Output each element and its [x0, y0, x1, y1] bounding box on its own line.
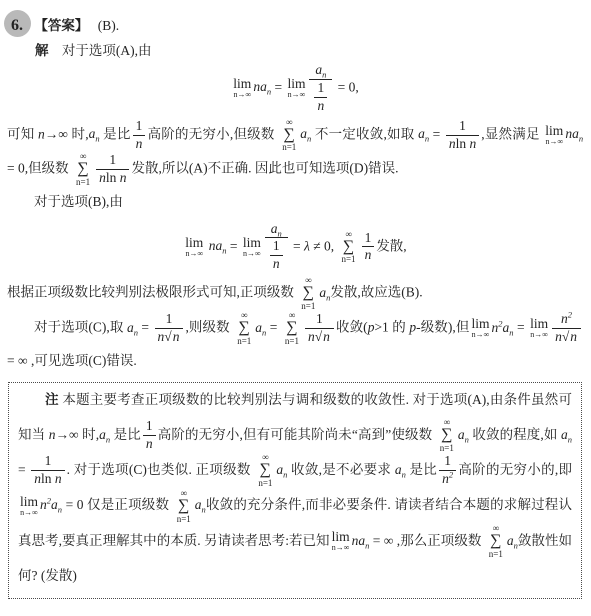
fraction: 1n — [133, 118, 146, 153]
math-superscripted-variable: n2 — [40, 497, 51, 512]
summation: ∞∑n=1 — [76, 152, 90, 187]
note-box: 注 本题主要考查正项级数的比较判别法与调和级数的收敛性. 对于选项(A),由条件… — [8, 382, 582, 599]
fraction: an1n — [265, 221, 288, 274]
math-variable: p — [368, 320, 375, 335]
math-subscripted-variable: an — [195, 497, 206, 512]
math-subscripted-variable: nan — [209, 238, 227, 253]
fraction: 1n — [270, 238, 283, 273]
summation: ∞∑n=1 — [440, 418, 454, 453]
fraction: 1n2 — [439, 453, 456, 488]
fraction: 1n — [362, 230, 375, 265]
summation: ∞∑n=1 — [237, 311, 251, 346]
answer-text: (B). — [98, 18, 119, 33]
math-variable: n — [146, 436, 153, 451]
math-subscripted-variable: an — [319, 285, 330, 300]
math-subscripted-variable: an — [503, 320, 514, 335]
limit-operator: limn→∞ — [545, 124, 563, 147]
limit-operator: limn→∞ — [20, 495, 38, 518]
math-subscripted-variable: an — [395, 462, 406, 477]
math-subscripted-variable: an — [99, 427, 110, 442]
math-variable: p — [409, 320, 416, 335]
math-variable: n — [120, 170, 127, 185]
math-subscripted-variable: an — [127, 320, 138, 335]
math-variable: n — [449, 136, 456, 151]
math-variable: n — [49, 427, 56, 442]
math-superscripted-variable: n2 — [561, 311, 572, 326]
fraction: 1nln n — [96, 152, 129, 187]
display-formula-2: limn→∞ nan = limn→∞an1n = λ ≠ 0, ∞∑n=11n… — [7, 221, 583, 274]
math-subscripted-variable: an — [51, 497, 62, 512]
math-variable: n — [38, 126, 45, 141]
note-label: 注 — [45, 392, 59, 407]
fraction: n2n√n — [552, 311, 581, 346]
fraction: 1n√n — [305, 311, 334, 346]
fraction: 1nln n — [446, 118, 479, 153]
solve-label: 解 — [35, 43, 49, 58]
summation: ∞∑n=1 — [489, 524, 503, 559]
limit-operator: limn→∞ — [287, 77, 305, 100]
math-variable: n — [273, 256, 280, 271]
limit-operator: limn→∞ — [332, 530, 350, 553]
math-subscripted-variable: an — [89, 126, 100, 141]
math-variable: n — [555, 329, 562, 344]
square-root: √n — [164, 328, 180, 344]
summation: ∞∑n=1 — [301, 276, 315, 311]
math-subscripted-variable: an — [315, 62, 326, 77]
fraction: 1n√n — [155, 311, 184, 346]
summation: ∞∑n=1 — [177, 489, 191, 524]
solution-intro-line: 解 对于选项(A),由 — [35, 39, 583, 59]
paragraph-option-a: 可知 n→∞ 时,an 是比1n高阶的无穷小,但级数 ∞∑n=1an 不一定收敛… — [7, 118, 583, 188]
summation: ∞∑n=1 — [282, 118, 296, 153]
math-subscripted-variable: nan — [253, 79, 271, 94]
note-paragraph: 注 本题主要考查正项级数的比较判别法与调和级数的收敛性. 对于选项(A),由条件… — [18, 383, 572, 593]
answer-header: 6. 【答案】 (B). — [11, 14, 583, 35]
square-root: √n — [562, 328, 578, 344]
limit-operator: limn→∞ — [233, 77, 251, 100]
math-variable: n — [470, 136, 477, 151]
limit-operator: limn→∞ — [243, 236, 261, 259]
limit-operator: limn→∞ — [471, 317, 489, 340]
answer-label: 【答案】 — [34, 18, 88, 33]
math-variable: n — [308, 329, 315, 344]
fraction: an1n — [309, 62, 332, 115]
paragraph-option-c: 对于选项(C),取 an = 1n√n,则级数 ∞∑n=1an = ∞∑n=11… — [7, 311, 583, 376]
problem-number-chip: 6. — [11, 17, 23, 35]
summation: ∞∑n=1 — [341, 230, 355, 265]
fraction: 1nln n — [31, 453, 64, 488]
math-subscripted-variable: nan — [352, 533, 370, 548]
math-subscripted-variable: an — [507, 533, 518, 548]
math-subscripted-variable: an — [418, 126, 429, 141]
paragraph-conclusion-b: 根据正项级数比较判别法极限形式可知,正项级数 ∞∑n=1an发散,故应选(B). — [7, 276, 583, 311]
display-formula-1: limn→∞nan = limn→∞an1n = 0, — [7, 62, 583, 115]
square-root: √n — [315, 328, 331, 344]
math-subscripted-variable: an — [561, 427, 572, 442]
math-subscripted-variable: an — [255, 320, 266, 335]
math-variable: n — [317, 98, 324, 113]
math-subscripted-variable: nan — [565, 126, 583, 141]
math-variable: λ — [304, 238, 310, 253]
math-subscripted-variable: an — [276, 462, 287, 477]
math-subscripted-variable: an — [300, 126, 311, 141]
limit-operator: limn→∞ — [530, 317, 548, 340]
math-variable: n — [136, 136, 143, 151]
answer-page: 6. 【答案】 (B). 解 对于选项(A),由 limn→∞nan = lim… — [0, 0, 591, 616]
option-a-intro: 对于选项(A),由 — [62, 43, 152, 58]
math-variable: n — [365, 247, 372, 262]
limit-operator: limn→∞ — [185, 236, 203, 259]
math-variable: n — [55, 471, 62, 486]
math-subscripted-variable: an — [271, 221, 282, 236]
problem-number: 6. — [11, 17, 23, 34]
fraction: 1n — [143, 418, 156, 453]
math-superscripted-variable: n2 — [442, 471, 453, 486]
math-variable: n — [34, 471, 41, 486]
fraction: 1n — [314, 80, 327, 115]
summation: ∞∑n=1 — [285, 311, 299, 346]
math-superscripted-variable: n2 — [492, 320, 503, 335]
paragraph-option-b-intro: 对于选项(B),由 — [7, 187, 583, 217]
math-subscripted-variable: an — [458, 427, 469, 442]
summation: ∞∑n=1 — [258, 453, 272, 488]
math-variable: n — [99, 170, 106, 185]
